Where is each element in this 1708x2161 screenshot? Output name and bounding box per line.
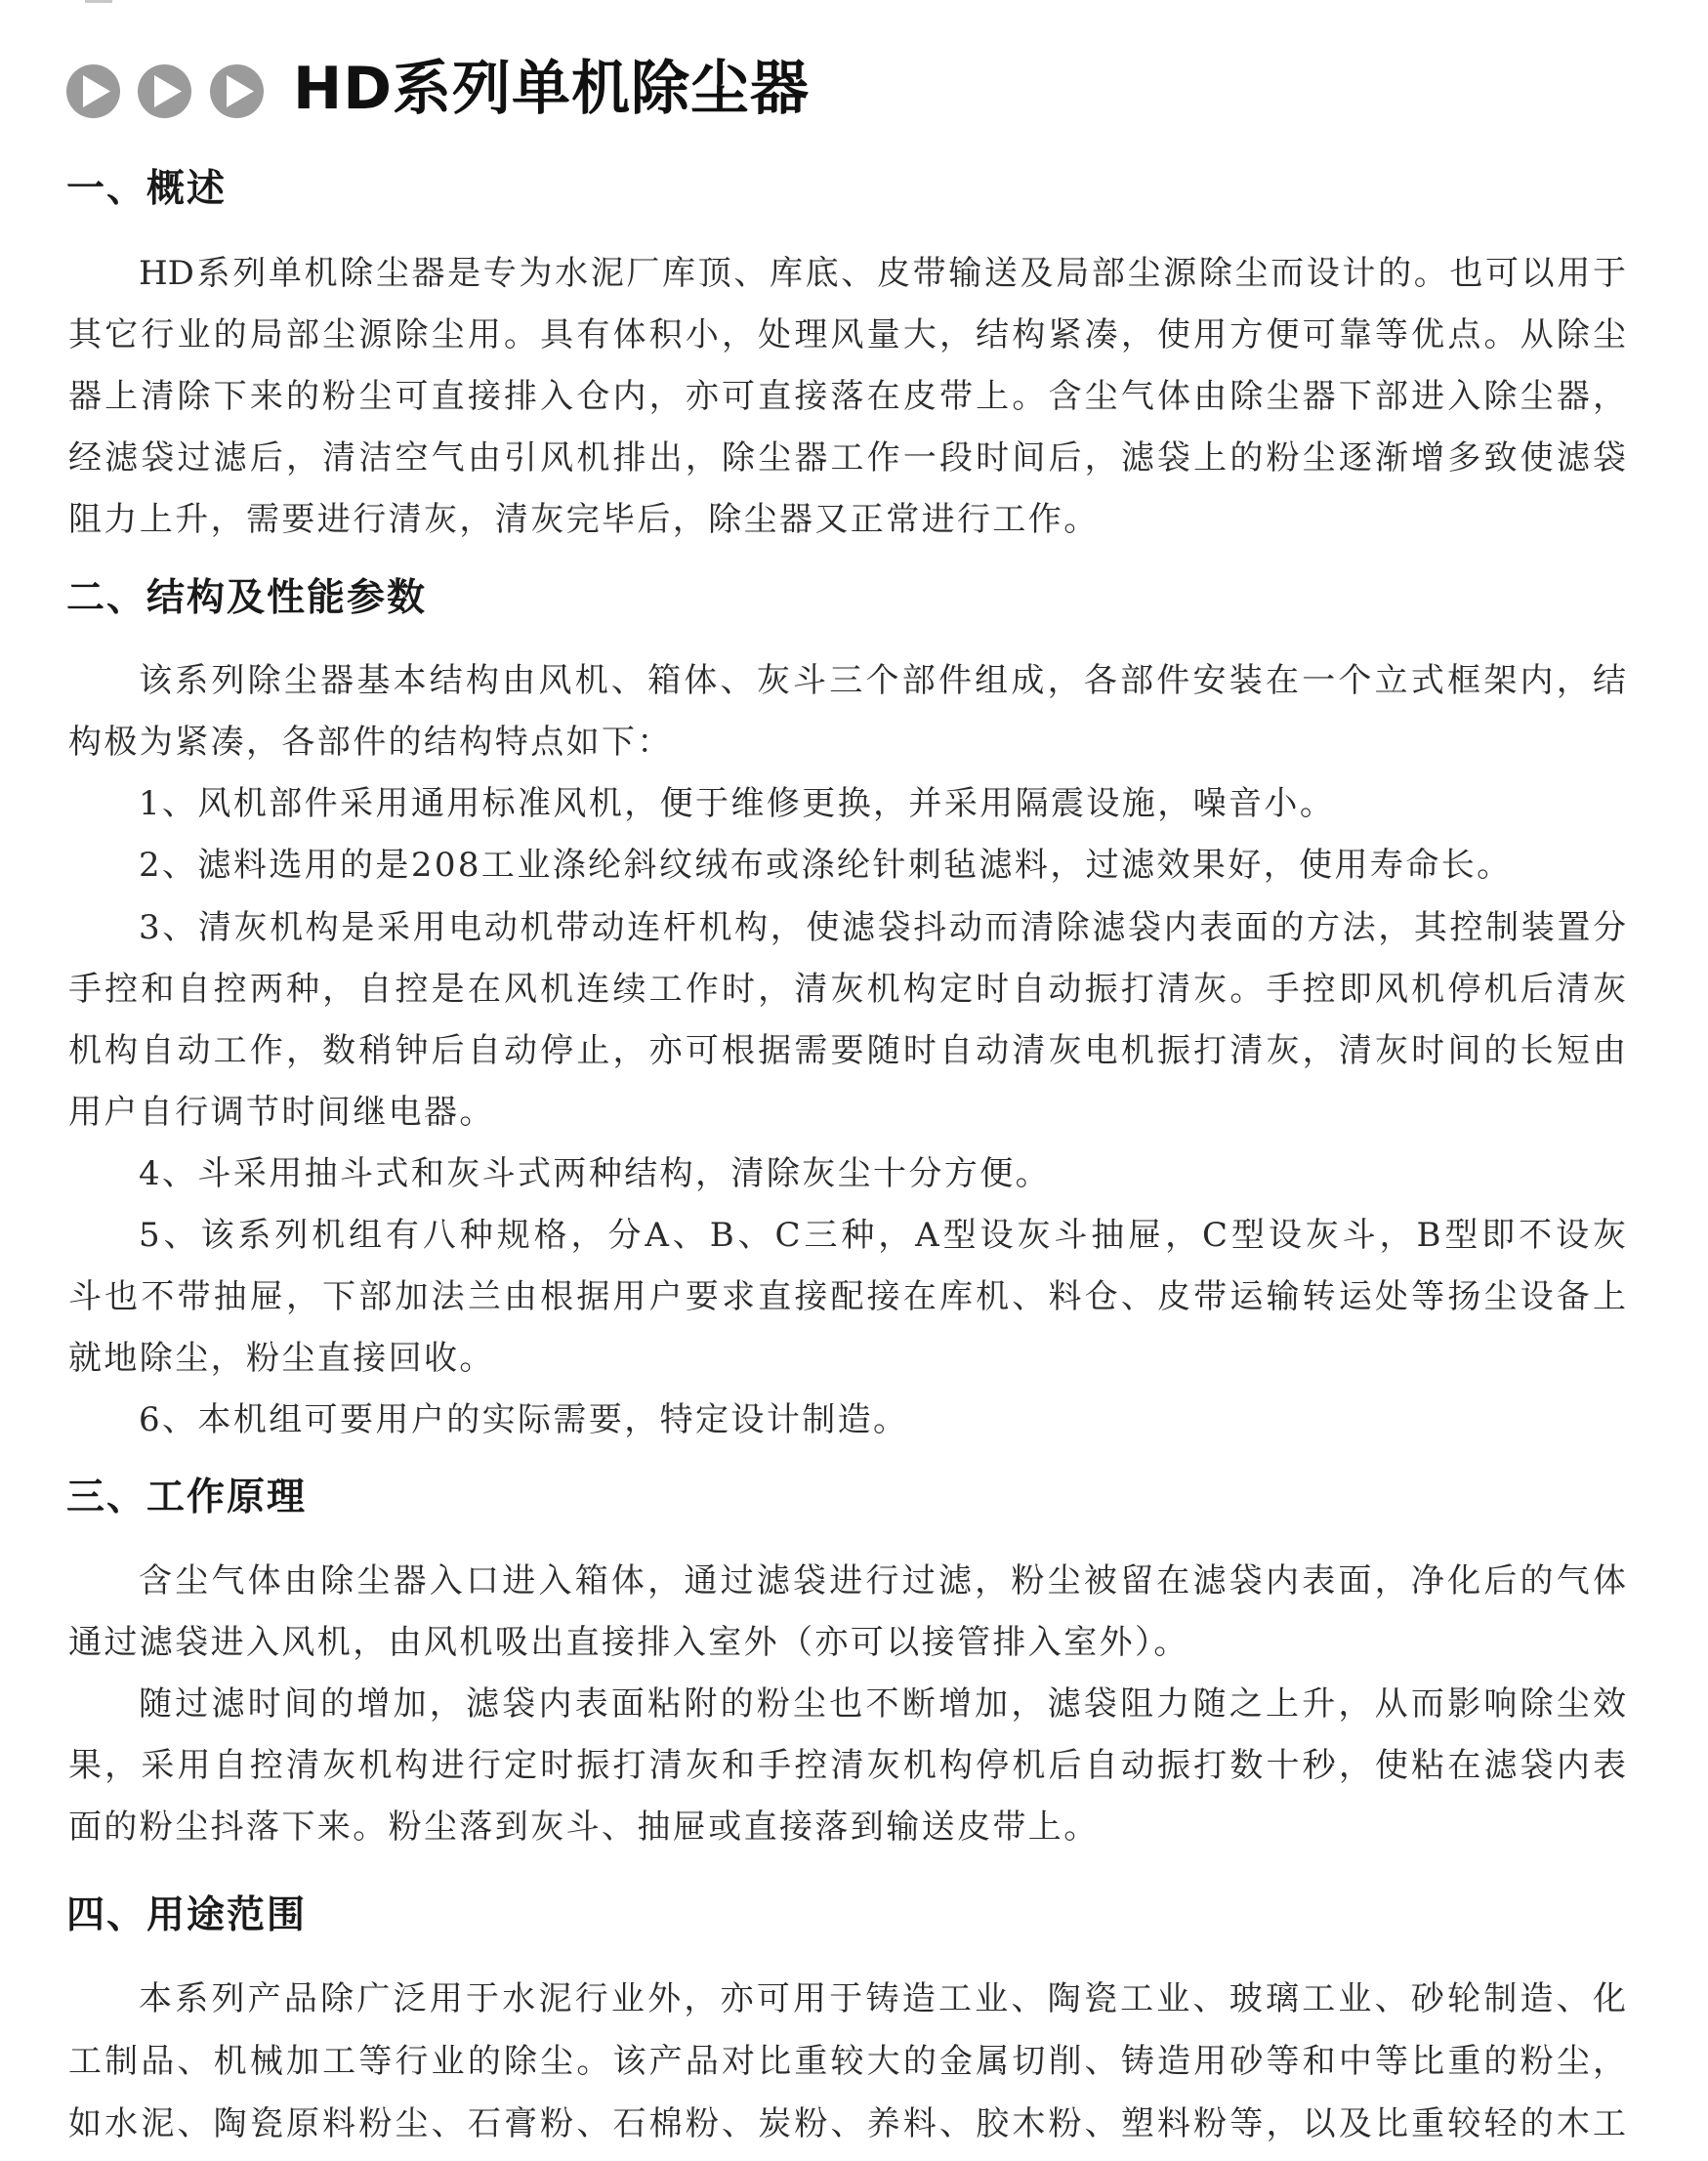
paragraph-line: 随过滤时间的增加，滤袋内表面粘附的粉尘也不断增加，滤袋阻力随之上升，从而影响除尘… [139, 1673, 1626, 1735]
paragraph-line: 面的粉尘抖落下来。粉尘落到灰斗、抽屉或直接落到输送皮带上。 [68, 1796, 1626, 1858]
list-item-3-line: 手控和自控两种，自控是在风机连续工作时，清灰机构定时自动振打清灰。手控即风机停机… [68, 958, 1626, 1020]
page-title: HD系列单机除尘器 [293, 55, 810, 123]
paragraph-line: 工制品、机械加工等行业的除尘。该产品对比重较大的金属切削、铸造用砂等和中等比重的… [68, 2030, 1626, 2093]
list-item-4: 4、斗采用抽斗式和灰斗式两种结构，清除灰尘十分方便。 [139, 1143, 1626, 1205]
list-item-6: 6、本机组可要用户的实际需要，特定设计制造。 [139, 1389, 1626, 1451]
paragraph-line: 含尘气体由除尘器入口进入箱体，通过滤袋进行过滤，粉尘被留在滤袋内表面，净化后的气… [139, 1550, 1626, 1612]
paragraph-line: 果，采用自控清灰机构进行定时振打清灰和手控清灰机构停机后自动振打数十秒，使粘在滤… [68, 1734, 1626, 1797]
paragraph-line: 本系列产品除广泛用于水泥行业外，亦可用于铸造工业、陶瓷工业、玻璃工业、砂轮制造、… [139, 1968, 1626, 2030]
list-item-1: 1、风机部件采用通用标准风机，便于维修更换，并采用隔震设施，噪音小。 [139, 772, 1626, 835]
title-row: HD系列单机除尘器 [0, 0, 1708, 137]
paragraph-line: 构极为紧凑，各部件的结构特点如下： [68, 711, 1626, 773]
document-page: HD系列单机除尘器 一、概述 HD系列单机除尘器是专为水泥厂库顶、库底、皮带输送… [0, 0, 1708, 2161]
list-item-5-line: 斗也不带抽屉，下部加法兰由根据用户要求直接配接在库机、料仓、皮带运输转运处等扬尘… [68, 1266, 1626, 1328]
play-circle-icon [210, 64, 264, 118]
list-item-5-line: 就地除尘，粉尘直接回收。 [68, 1327, 1626, 1390]
section-heading-overview: 一、概述 [66, 165, 227, 214]
section-heading-principle: 三、工作原理 [66, 1474, 307, 1522]
paragraph-line: 其它行业的局部尘源除尘用。具有体积小，处理风量大，结构紧凑，使用方便可靠等优点。… [68, 304, 1626, 366]
play-circle-icon [66, 64, 120, 118]
list-item-3-line: 机构自动工作，数稍钟后自动停止，亦可根据需要随时自动清灰电机振打清灰，清灰时间的… [68, 1019, 1626, 1082]
paragraph-line: 如水泥、陶瓷原料粉尘、石膏粉、石棉粉、炭粉、养料、胶木粉、塑料粉等，以及比重较轻… [68, 2093, 1626, 2155]
section-heading-applications: 四、用途范围 [66, 1891, 307, 1940]
list-item-3: 3、清灰机构是采用电动机带动连杆机构，使滤袋抖动而清除滤袋内表面的方法，其控制装… [139, 896, 1626, 959]
paragraph-line: 通过滤袋进入风机，由风机吸出直接排入室外（亦可以接管排入室外）。 [68, 1611, 1626, 1674]
list-item-2: 2、滤料选用的是208工业涤纶斜纹绒布或涤纶针刺毡滤料，过滤效果好，使用寿命长。 [139, 834, 1626, 896]
list-item-5: 5、该系列机组有八种规格，分A、B、C三种，A型设灰斗抽屉，C型设灰斗，B型即不… [139, 1204, 1626, 1267]
play-circle-icon [138, 64, 191, 118]
paragraph-line: HD系列单机除尘器是专为水泥厂库顶、库底、皮带输送及局部尘源除尘而设计的。也可以… [139, 242, 1626, 305]
paragraph-line: 阻力上升，需要进行清灰，清灰完毕后，除尘器又正常进行工作。 [68, 488, 1626, 551]
paragraph-line: 该系列除尘器基本结构由风机、箱体、灰斗三个部件组成，各部件安装在一个立式框架内，… [139, 649, 1626, 712]
section-heading-structure: 二、结构及性能参数 [66, 574, 427, 623]
paragraph-line: 经滤袋过滤后，清洁空气由引风机排出，除尘器工作一段时间后，滤袋上的粉尘逐渐增多致… [68, 427, 1626, 489]
list-item-3-line: 用户自行调节时间继电器。 [68, 1081, 1626, 1143]
paragraph-line: 器上清除下来的粉尘可直接排入仓内，亦可直接落在皮带上。含尘气体由除尘器下部进入除… [68, 365, 1626, 428]
